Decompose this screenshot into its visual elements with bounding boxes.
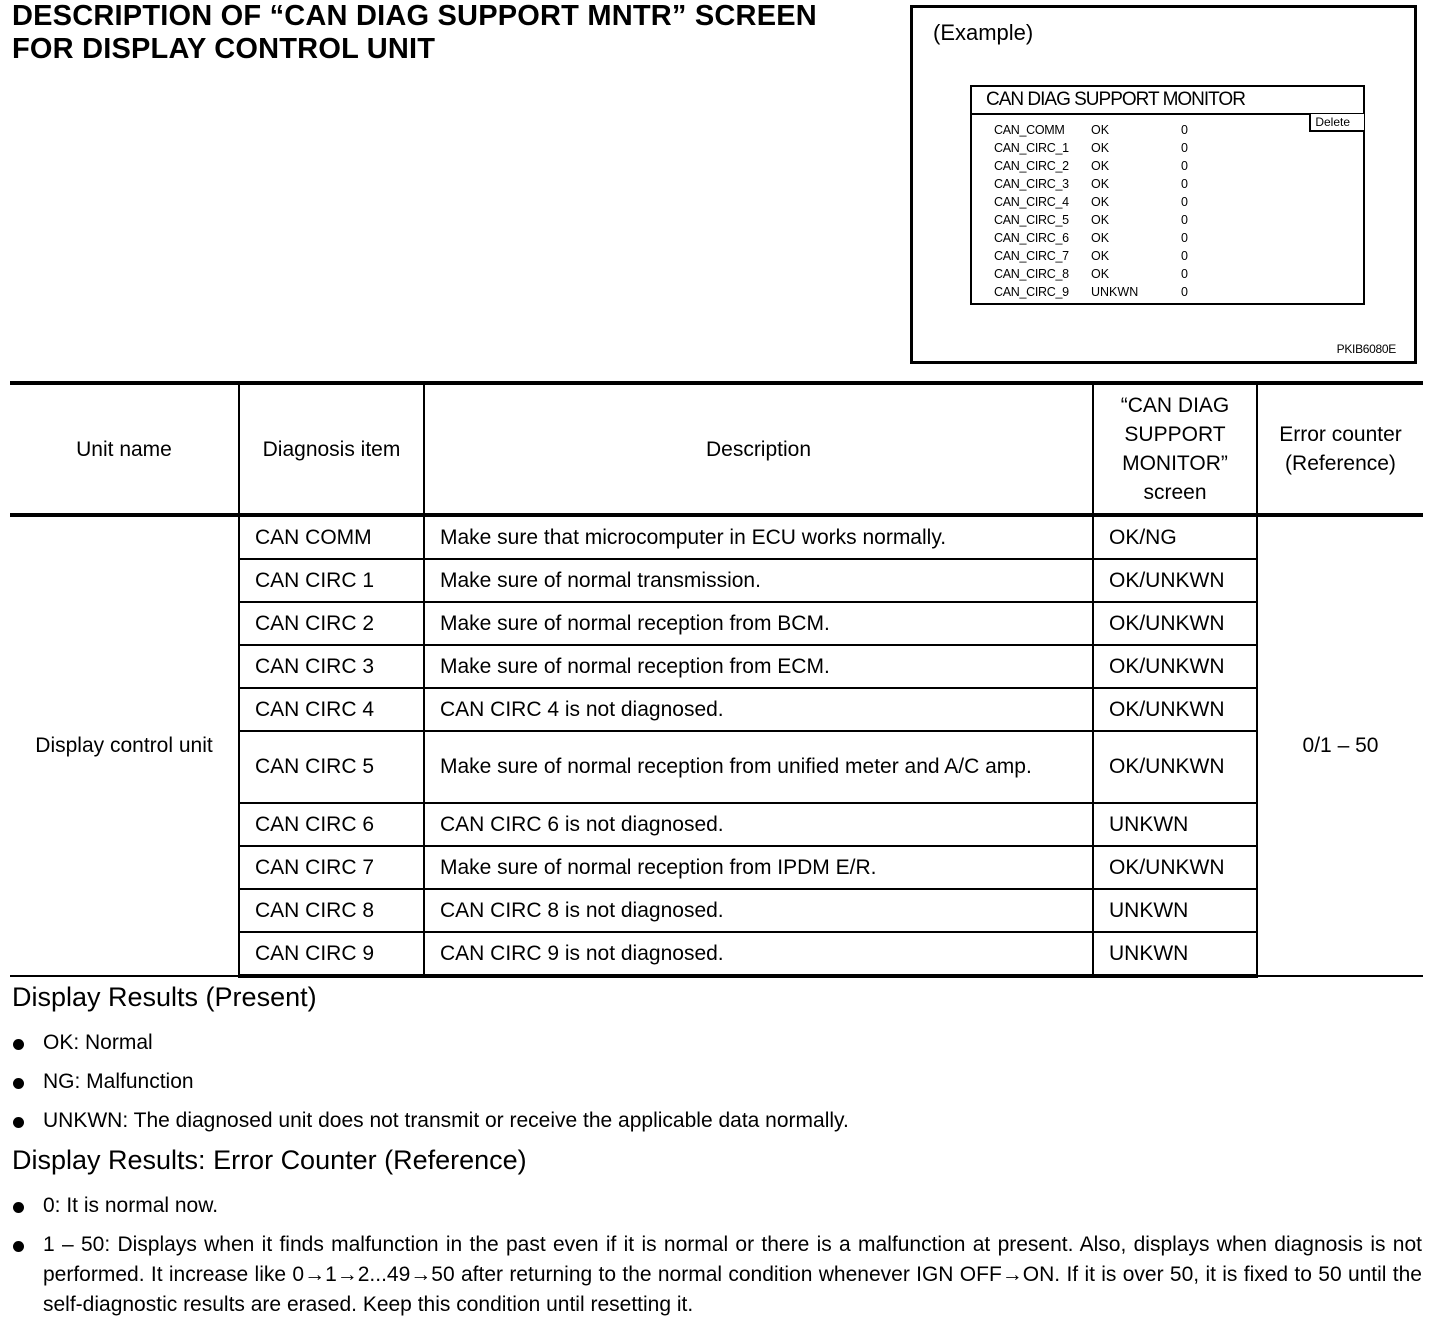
header-screen-line: “CAN DIAG	[1094, 391, 1256, 420]
page-title-line-1: DESCRIPTION OF “CAN DIAG SUPPORT MNTR” S…	[12, 0, 902, 33]
header-unit-name: Unit name	[10, 383, 239, 515]
error-counter-cell: 0/1 – 50	[1257, 515, 1423, 976]
bullet-item: OK: Normal	[12, 1028, 1422, 1058]
header-screen-line: screen	[1094, 478, 1256, 507]
monitor-count: 0	[1181, 193, 1211, 211]
description-cell: Make sure of normal transmission.	[424, 559, 1093, 602]
monitor-row: CAN_CIRC_7OK0	[994, 247, 1211, 265]
header-diagnosis-item: Diagnosis item	[239, 383, 424, 515]
monitor-status: OK	[1091, 229, 1181, 247]
description-cell: Make sure of normal reception from IPDM …	[424, 846, 1093, 889]
monitor-count: 0	[1181, 229, 1211, 247]
screen-cell: OK/NG	[1093, 515, 1257, 559]
monitor-count: 0	[1181, 265, 1211, 283]
figure-code: PKIB6080E	[1337, 342, 1396, 356]
monitor-count: 0	[1181, 247, 1211, 265]
page-title-line-2: FOR DISPLAY CONTROL UNIT	[12, 33, 902, 66]
monitor-item: CAN_CIRC_4	[994, 193, 1091, 211]
monitor-item: CAN_CIRC_3	[994, 175, 1091, 193]
item-cell: CAN CIRC 7	[239, 846, 424, 889]
bullet-icon	[13, 1202, 24, 1213]
monitor-item: CAN_CIRC_2	[994, 157, 1091, 175]
item-cell: CAN CIRC 6	[239, 803, 424, 846]
monitor-row: CAN_CIRC_3OK0	[994, 175, 1211, 193]
monitor-status: OK	[1091, 193, 1181, 211]
screen-cell: OK/UNKWN	[1093, 688, 1257, 731]
monitor-count: 0	[1181, 211, 1211, 229]
item-cell: CAN CIRC 1	[239, 559, 424, 602]
item-cell: CAN CIRC 2	[239, 602, 424, 645]
bullet-item: NG: Malfunction	[12, 1067, 1422, 1097]
page-title: DESCRIPTION OF “CAN DIAG SUPPORT MNTR” S…	[12, 0, 902, 66]
monitor-status: OK	[1091, 247, 1181, 265]
monitor-status: OK	[1091, 175, 1181, 193]
screen-cell: OK/UNKWN	[1093, 602, 1257, 645]
bullet-text: OK: Normal	[43, 1031, 153, 1054]
monitor-row: CAN_CIRC_2OK0	[994, 157, 1211, 175]
header-error-counter: Error counter (Reference)	[1257, 383, 1423, 515]
diagnosis-table: Unit name Diagnosis item Description “CA…	[10, 381, 1423, 978]
present-list: OK: NormalNG: MalfunctionUNKWN: The diag…	[12, 1028, 1422, 1145]
monitor-item: CAN_CIRC_9	[994, 283, 1091, 301]
monitor-item: CAN_CIRC_5	[994, 211, 1091, 229]
description-cell: Make sure of normal reception from BCM.	[424, 602, 1093, 645]
bullet-item: UNKWN: The diagnosed unit does not trans…	[12, 1106, 1422, 1136]
bullet-item: 0: It is normal now.	[12, 1191, 1422, 1221]
table-row: Display control unitCAN COMMMake sure th…	[10, 515, 1423, 559]
description-cell: CAN CIRC 8 is not diagnosed.	[424, 889, 1093, 932]
description-cell: Make sure that microcomputer in ECU work…	[424, 515, 1093, 559]
item-cell: CAN COMM	[239, 515, 424, 559]
description-cell: CAN CIRC 9 is not diagnosed.	[424, 932, 1093, 976]
counter-list: 0: It is normal now.1 – 50: Displays whe…	[12, 1191, 1422, 1329]
monitor-count: 0	[1181, 121, 1211, 139]
bullet-text: NG: Malfunction	[43, 1070, 194, 1093]
bullet-text: 1 – 50: Displays when it finds malfuncti…	[43, 1233, 1422, 1316]
table-header-row: Unit name Diagnosis item Description “CA…	[10, 383, 1423, 515]
monitor-item: CAN_CIRC_8	[994, 265, 1091, 283]
monitor-status: OK	[1091, 121, 1181, 139]
monitor-status: OK	[1091, 157, 1181, 175]
monitor-item: CAN_CIRC_1	[994, 139, 1091, 157]
screen-cell: OK/UNKWN	[1093, 846, 1257, 889]
header-screen-line: MONITOR”	[1094, 449, 1256, 478]
monitor-row: CAN_CIRC_5OK0	[994, 211, 1211, 229]
header-counter-line: Error counter	[1258, 420, 1423, 449]
bullet-text: UNKWN: The diagnosed unit does not trans…	[43, 1109, 849, 1132]
header-counter-line: (Reference)	[1258, 449, 1423, 478]
monitor-screen: CAN DIAG SUPPORT MONITOR Delete CAN_COMM…	[970, 85, 1365, 305]
monitor-row: CAN_CIRC_9UNKWN0	[994, 283, 1211, 301]
monitor-title: CAN DIAG SUPPORT MONITOR	[972, 87, 1363, 115]
header-description: Description	[424, 383, 1093, 515]
description-cell: CAN CIRC 6 is not diagnosed.	[424, 803, 1093, 846]
present-heading: Display Results (Present)	[12, 982, 317, 1013]
monitor-status: OK	[1091, 211, 1181, 229]
monitor-item: CAN_CIRC_7	[994, 247, 1091, 265]
monitor-status: OK	[1091, 265, 1181, 283]
bullet-icon	[13, 1078, 24, 1089]
unit-name-cell: Display control unit	[10, 515, 239, 976]
monitor-item: CAN_CIRC_6	[994, 229, 1091, 247]
description-cell: Make sure of normal reception from unifi…	[424, 731, 1093, 803]
monitor-row: CAN_COMMOK0	[994, 121, 1211, 139]
description-cell: CAN CIRC 4 is not diagnosed.	[424, 688, 1093, 731]
item-cell: CAN CIRC 8	[239, 889, 424, 932]
monitor-count: 0	[1181, 283, 1211, 301]
bullet-item: 1 – 50: Displays when it finds malfuncti…	[12, 1230, 1422, 1320]
item-cell: CAN CIRC 9	[239, 932, 424, 976]
item-cell: CAN CIRC 4	[239, 688, 424, 731]
screen-cell: OK/UNKWN	[1093, 559, 1257, 602]
monitor-count: 0	[1181, 175, 1211, 193]
counter-heading: Display Results: Error Counter (Referenc…	[12, 1145, 527, 1176]
example-label: (Example)	[933, 20, 1033, 46]
item-cell: CAN CIRC 5	[239, 731, 424, 803]
monitor-row: CAN_CIRC_4OK0	[994, 193, 1211, 211]
monitor-row: CAN_CIRC_6OK0	[994, 229, 1211, 247]
monitor-count: 0	[1181, 139, 1211, 157]
monitor-rows: CAN_COMMOK0CAN_CIRC_1OK0CAN_CIRC_2OK0CAN…	[994, 121, 1211, 301]
bullet-icon	[13, 1117, 24, 1128]
header-screen: “CAN DIAG SUPPORT MONITOR” screen	[1093, 383, 1257, 515]
delete-button[interactable]: Delete	[1309, 114, 1364, 132]
bullet-icon	[13, 1241, 24, 1252]
item-cell: CAN CIRC 3	[239, 645, 424, 688]
monitor-status: OK	[1091, 139, 1181, 157]
screen-cell: OK/UNKWN	[1093, 645, 1257, 688]
screen-cell: UNKWN	[1093, 803, 1257, 846]
monitor-item: CAN_COMM	[994, 121, 1091, 139]
monitor-status: UNKWN	[1091, 283, 1181, 301]
screen-cell: UNKWN	[1093, 889, 1257, 932]
monitor-row: CAN_CIRC_8OK0	[994, 265, 1211, 283]
bullet-icon	[13, 1039, 24, 1050]
example-figure: (Example) CAN DIAG SUPPORT MONITOR Delet…	[910, 5, 1417, 364]
bullet-text: 0: It is normal now.	[43, 1194, 218, 1217]
screen-cell: OK/UNKWN	[1093, 731, 1257, 803]
description-cell: Make sure of normal reception from ECM.	[424, 645, 1093, 688]
screen-cell: UNKWN	[1093, 932, 1257, 976]
header-screen-line: SUPPORT	[1094, 420, 1256, 449]
monitor-row: CAN_CIRC_1OK0	[994, 139, 1211, 157]
monitor-count: 0	[1181, 157, 1211, 175]
